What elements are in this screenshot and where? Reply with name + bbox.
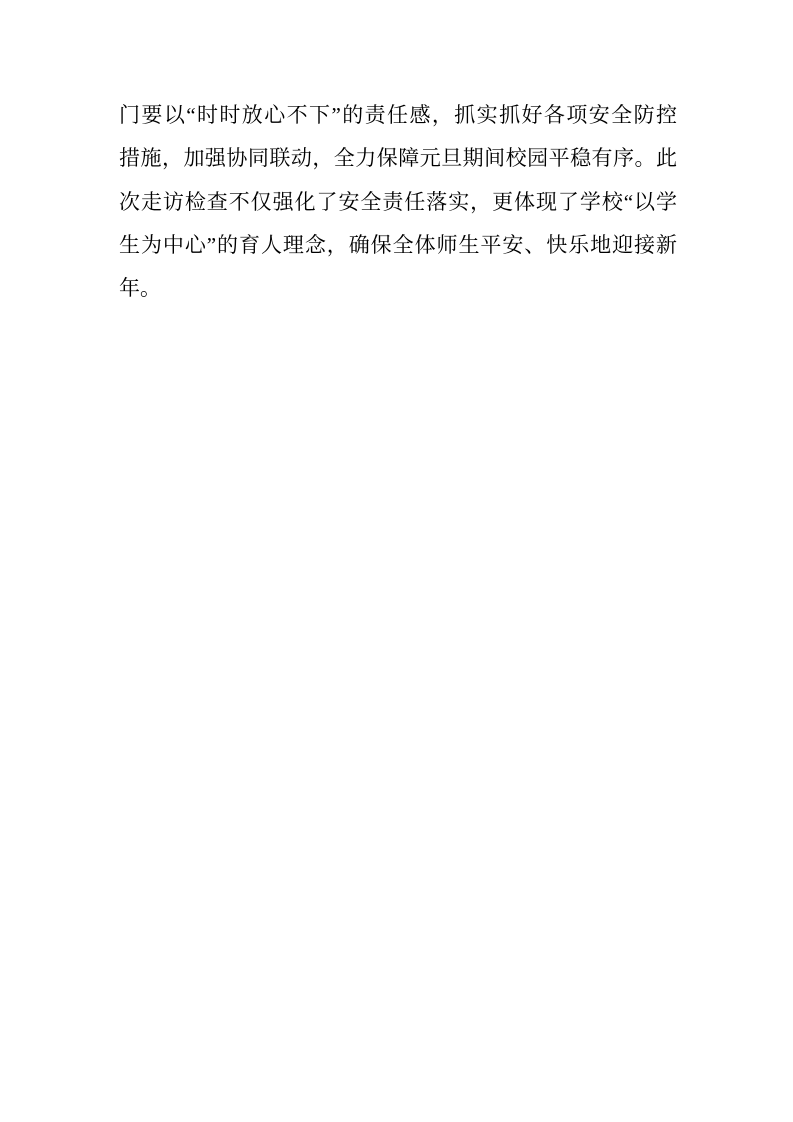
document-page: 门要以“时时放心不下”的责任感，抓实抓好各项安全防控 措施，加强协同联动，全力保… [0,0,793,1122]
paragraph-line: 次走访检查不仅强化了安全责任落实，更体现了学校“以学 [119,181,677,224]
paragraph-line: 年。 [119,267,677,310]
paragraph: 门要以“时时放心不下”的责任感，抓实抓好各项安全防控 措施，加强协同联动，全力保… [119,94,677,310]
paragraph-line: 措施，加强协同联动，全力保障元旦期间校园平稳有序。此 [119,137,677,180]
paragraph-line: 门要以“时时放心不下”的责任感，抓实抓好各项安全防控 [119,94,677,137]
paragraph-line: 生为中心”的育人理念，确保全体师生平安、快乐地迎接新 [119,224,677,267]
